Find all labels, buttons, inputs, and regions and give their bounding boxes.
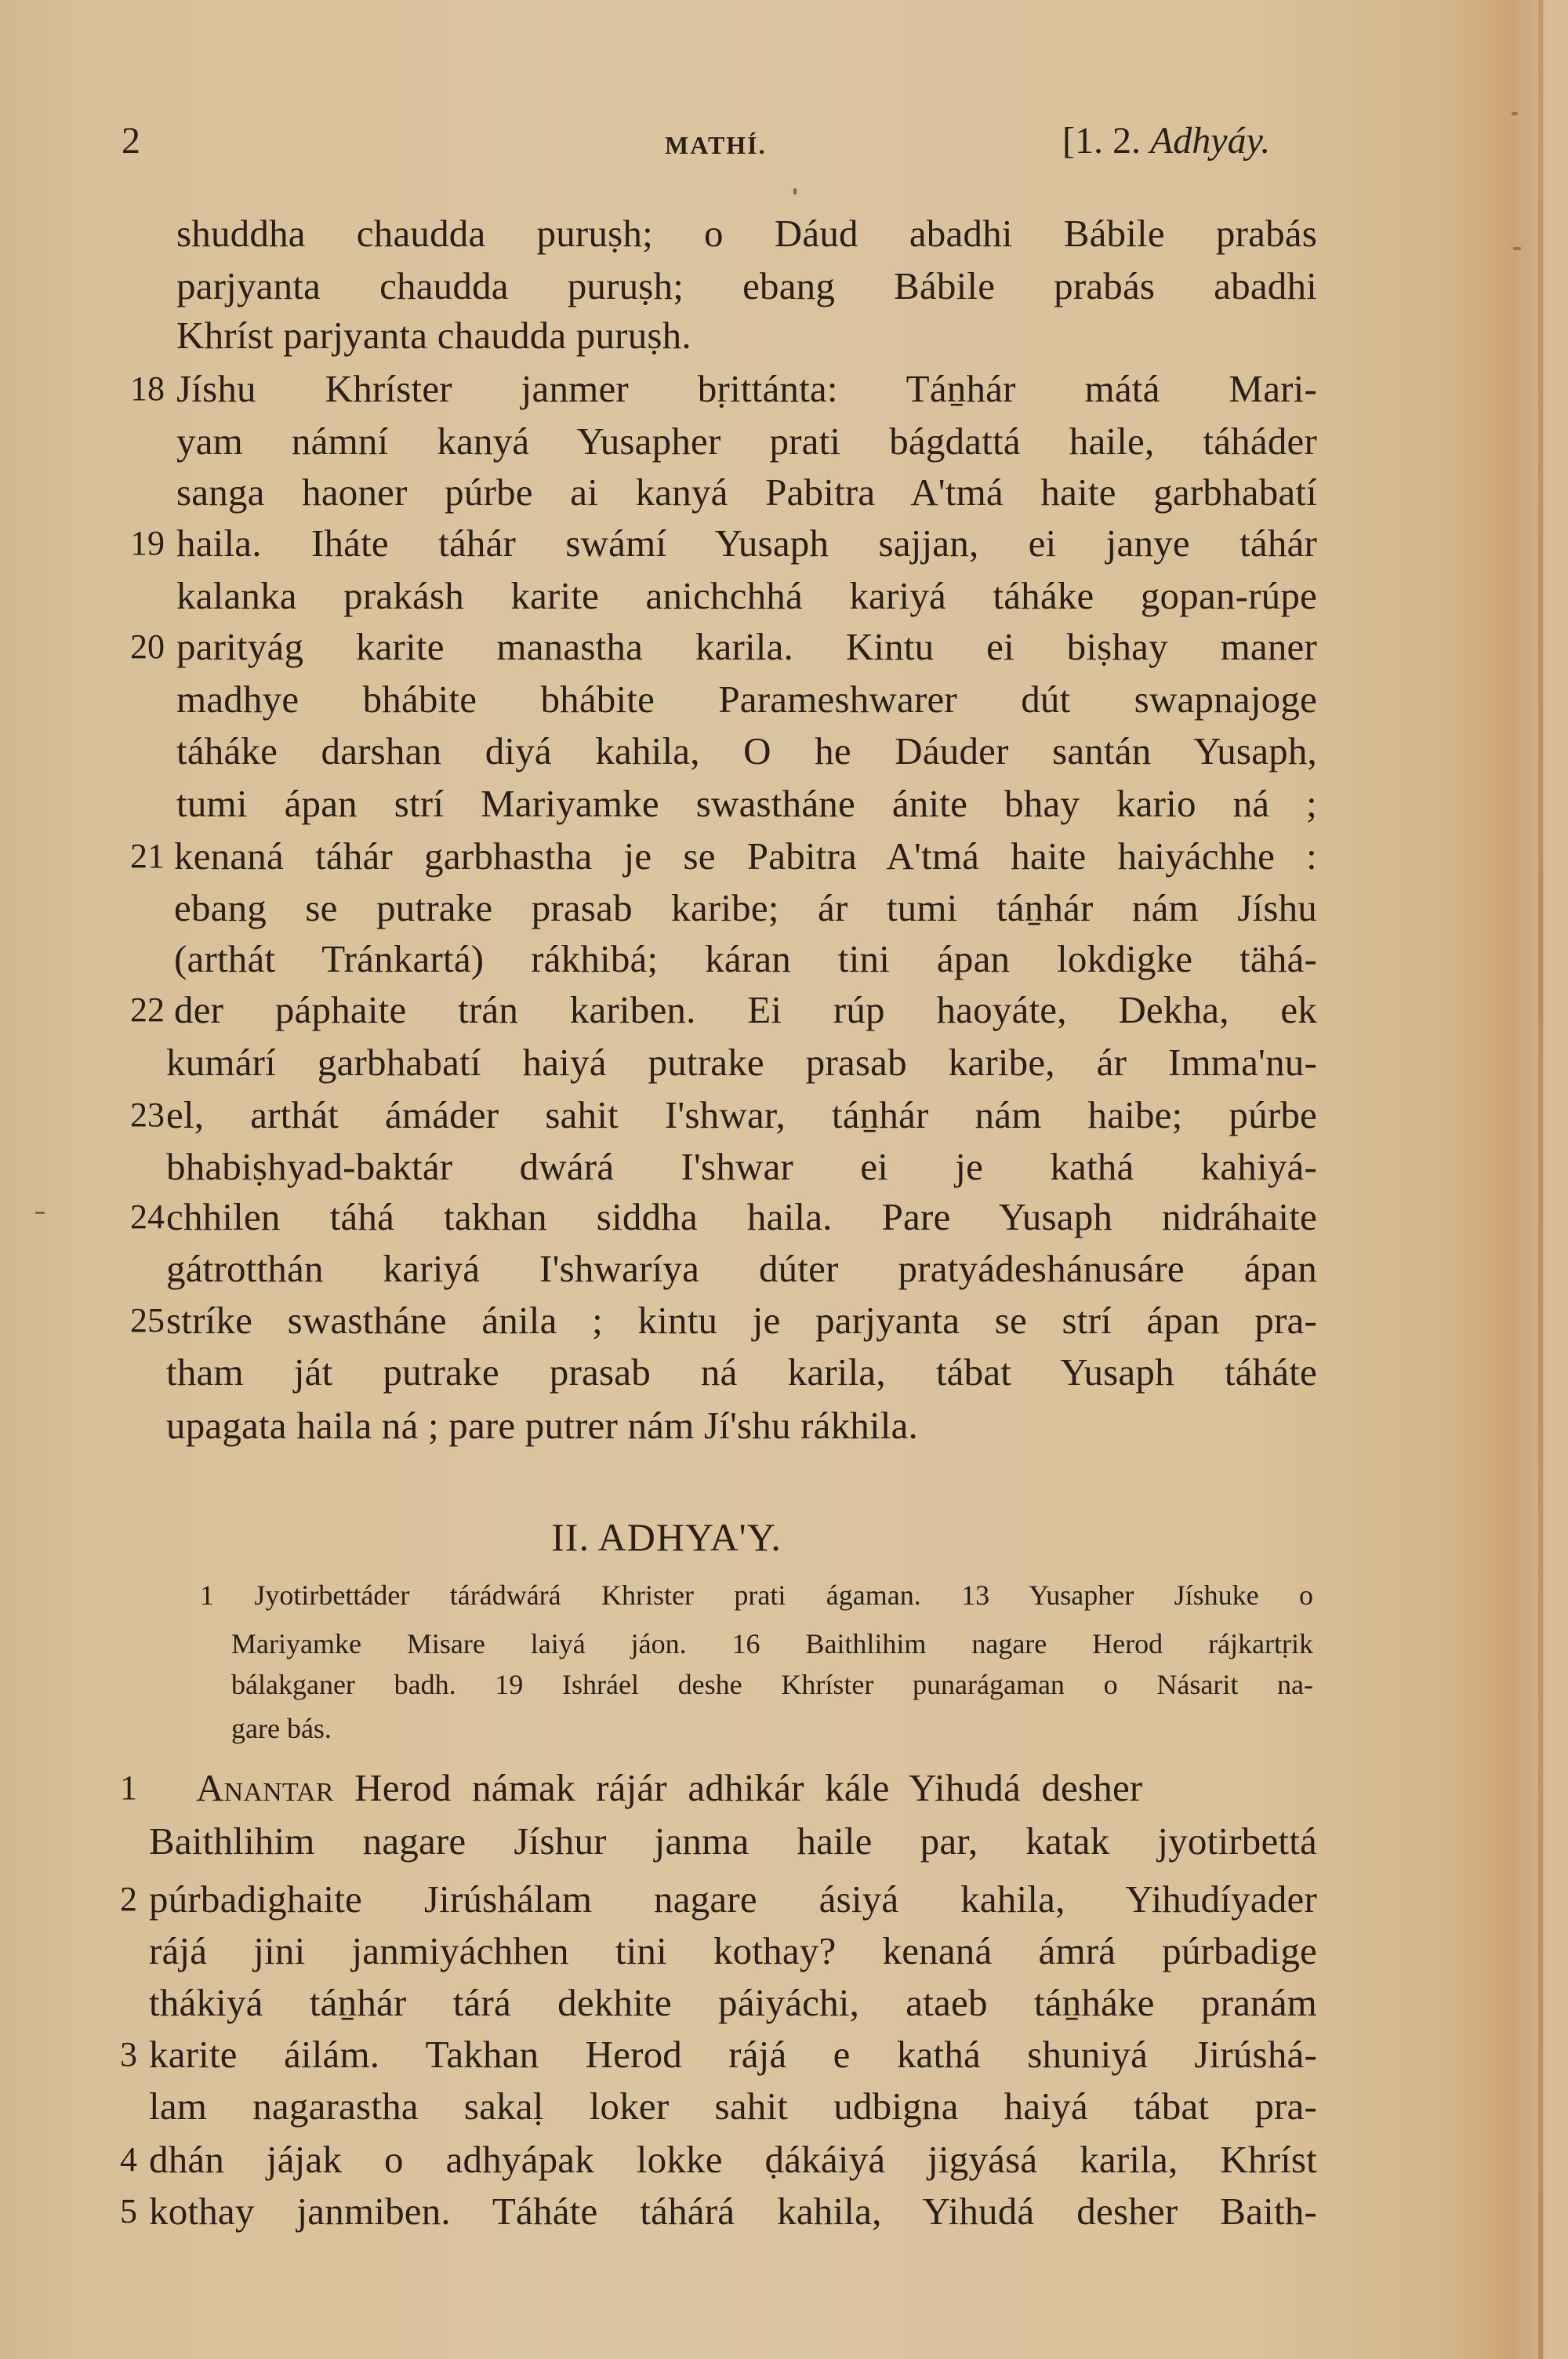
verse-number: 19: [110, 520, 165, 567]
text-line: chhilen táhá takhan siddha haila. Pare Y…: [166, 1194, 1317, 1241]
text-line: sanga haoner púrbe ai kanyá Pabitra A'tm…: [176, 469, 1317, 516]
text-line: rájá jini janmiyáchhen tini kothay? kena…: [149, 1928, 1317, 1975]
verse-number: 2: [82, 1876, 137, 1923]
foxing-spot: [1513, 247, 1521, 250]
verse-number: 25: [110, 1297, 165, 1344]
verse-number: 3: [82, 2031, 137, 2078]
line-text: Herod námak rájár adhikár kále Yihudá de…: [334, 1766, 1143, 1809]
foxing-spot: [793, 188, 797, 194]
text-line: (arthát Tránkartá) rákhibá; káran tini á…: [174, 936, 1317, 983]
chapter-reference: [1. 2. Adhyáy.: [1062, 118, 1270, 165]
text-line: parjyanta chaudda puruṣh; ebang Bábile p…: [176, 263, 1317, 310]
verse-number: 21: [110, 833, 165, 880]
text-line: táháke darshan diyá kahila, O he Dáuder …: [176, 728, 1317, 775]
page-edge: [1544, 0, 1568, 2359]
text-line: kothay janmiben. Táháte táhárá kahila, Y…: [149, 2188, 1317, 2235]
chapter-heading: II. ADHYA'Y.: [0, 1514, 1333, 1561]
verse-number: 23: [110, 1092, 165, 1139]
text-line: upagata haila ná ; pare putrer nám Jí'sh…: [166, 1402, 1317, 1449]
text-line: haila. Iháte táhár swámí Yusaph sajjan, …: [176, 520, 1317, 567]
verse-number: 24: [110, 1194, 165, 1241]
summary-line: Mariyamke Misare laiyá jáon. 16 Baithlih…: [231, 1625, 1313, 1663]
page-number: 2: [122, 118, 140, 165]
text-line: yam námní kanyá Yusapher prati bágdattá …: [176, 418, 1317, 465]
text-line: stríke swastháne ánila ; kintu je parjya…: [166, 1297, 1317, 1344]
verse-number: 20: [110, 623, 165, 671]
text-line: shuddha chaudda puruṣh; o Dáud abadhi Bá…: [176, 210, 1317, 257]
text-line: Jíshu Khríster janmer bṛittánta: Táṉhár …: [176, 365, 1317, 413]
verse-number: 5: [82, 2188, 137, 2235]
text-line: thákiyá táṉhár tárá dekhite páiyáchi, at…: [149, 1979, 1317, 2026]
foxing-spot: [1512, 112, 1518, 115]
text-line: tumi ápan strí Mariyamke swastháne ánite…: [176, 780, 1317, 827]
text-line: Anantar Herod námak rájár adhikár kále Y…: [196, 1765, 1317, 1812]
text-line: lam nagarastha sakaḷ loker sahit udbigna…: [149, 2083, 1317, 2130]
text-line: dhán jájak o adhyápak lokke ḍákáiyá jigy…: [149, 2136, 1317, 2183]
running-title: MATHÍ.: [665, 125, 767, 165]
text-line: kumárí garbhabatí haiyá putrake prasab k…: [166, 1039, 1317, 1086]
text-line: ebang se putrake prasab karibe; ár tumi …: [174, 885, 1317, 932]
text-line: Baithlihim nagare Jíshur janma haile par…: [149, 1818, 1317, 1865]
text-line: el, arthát ámáder sahit I'shwar, táṉhár …: [166, 1092, 1317, 1139]
chapter-reference-label: Adhyáy.: [1150, 120, 1270, 162]
verse-number: 1: [82, 1765, 137, 1812]
verse-number: 18: [110, 365, 165, 413]
text-line: karite áilám. Takhan Herod rájá e kathá …: [149, 2031, 1317, 2078]
text-line: bhabiṣhyad-baktár dwárá I'shwar ei je ka…: [166, 1143, 1317, 1190]
text-line: parityág karite manastha karila. Kintu e…: [176, 623, 1317, 671]
foxing-spot: [35, 1212, 45, 1214]
verse-number: 4: [82, 2136, 137, 2183]
text-line: púrbadighaite Jirúshálam nagare ásiyá ka…: [149, 1876, 1317, 1923]
text-line: Khríst parjyanta chaudda puruṣh.: [176, 312, 1317, 359]
text-line: tham ját putrake prasab ná karila, tábat…: [166, 1349, 1317, 1396]
text-line: der páphaite trán kariben. Ei rúp haoyát…: [174, 987, 1317, 1034]
summary-line: bálakganer badh. 19 Ishráel deshe Khríst…: [231, 1666, 1313, 1703]
summary-line: 1 Jyotirbettáder tárádwárá Khrister prat…: [200, 1576, 1313, 1614]
text-line: kenaná táhár garbhastha je se Pabitra A'…: [174, 833, 1317, 880]
text-line: gátrotthán kariyá I'shwaríya dúter praty…: [166, 1245, 1317, 1292]
verse-number: 22: [110, 987, 165, 1034]
page-edge-shadow: [1538, 0, 1543, 2359]
chapter-reference-numbers: [1. 2.: [1062, 120, 1141, 162]
text-line: kalanka prakásh karite anichchhá kariyá …: [176, 572, 1317, 620]
small-caps-opening-word: Anantar: [196, 1766, 334, 1809]
text-line: madhye bhábite bhábite Parameshwarer dút…: [176, 676, 1317, 723]
summary-line: gare bás.: [231, 1710, 1313, 1747]
